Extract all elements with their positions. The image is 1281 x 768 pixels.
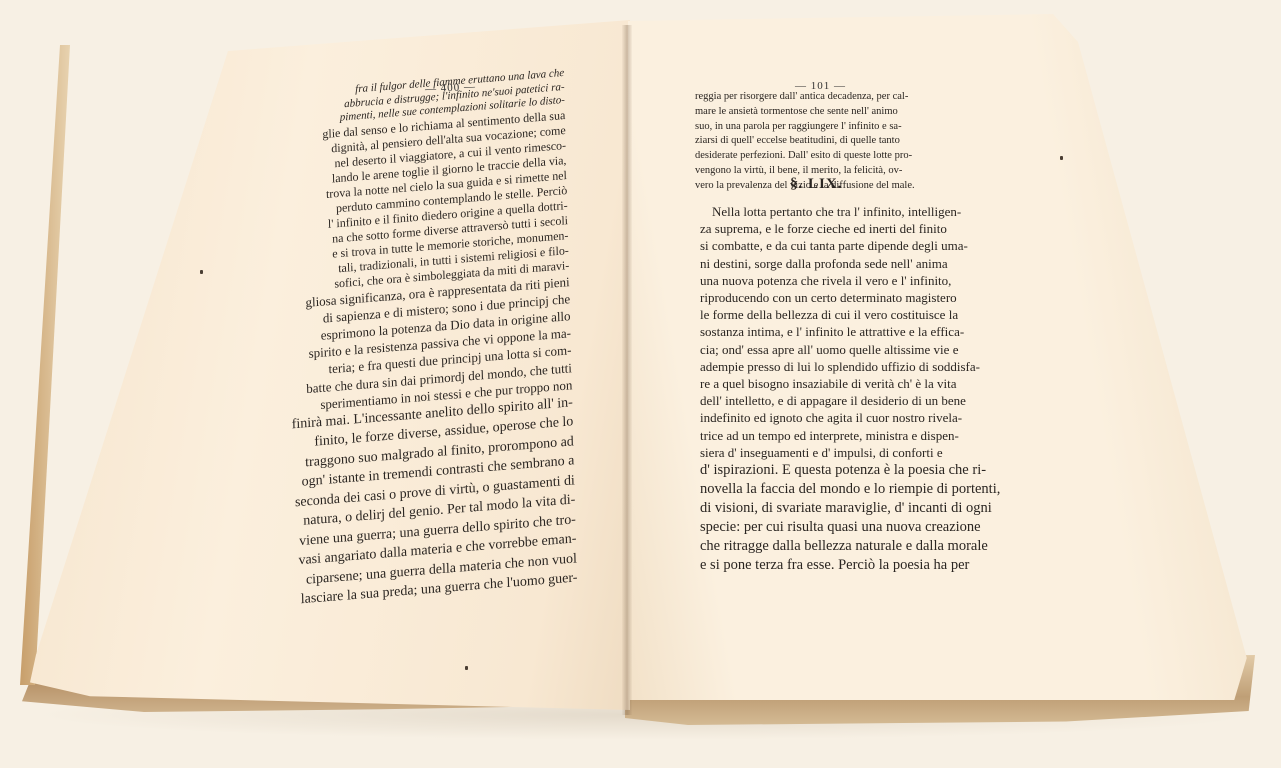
text-line: si combatte, e da cui tanta parte dipend… [700,237,1030,254]
text-line: una nuova potenza che rivela il vero e l… [700,272,1030,289]
text-line: cia; ond' essa apre all' uomo quelle alt… [700,341,1030,358]
text-line: e si pone terza fra esse. Perciò la poes… [700,556,1030,575]
text-line: le forme della bellezza di cui il vero c… [700,306,1030,323]
left-page-text: fra il fulgor delle fiamme eruttano una … [245,67,578,614]
book-gutter [622,25,632,715]
text-line: trice ad un tempo ed interprete, ministr… [700,427,1030,444]
text-line: siera d' inseguamenti e d' impulsi, di c… [700,444,1030,461]
text-line: riproducendo con un certo determinato ma… [700,289,1030,306]
text-line: di visioni, di svariate maraviglie, d' i… [700,499,1030,518]
text-line: d' ispirazioni. E questa potenza è la po… [700,461,1030,480]
text-line: suo, in una parola per raggiungere l' in… [695,120,965,135]
text-line: sostanza intima, e l' infinito le attrat… [700,323,1030,340]
text-line: Nella lotta pertanto che tra l' infinito… [700,203,1030,220]
text-line: specie: per cui risulta quasi una nuova … [700,518,1030,537]
section-heading: §. LIX. [790,176,842,193]
text-line: za suprema, e le forze cieche ed inerti … [700,220,1030,237]
paper-speck [200,270,203,274]
text-line: ni destini, sorge dalla profonda sede ne… [700,255,1030,272]
text-line: desiderate perfezioni. Dall' esito di qu… [695,149,965,164]
text-line: re a quel bisogno insaziabile di verità … [700,375,1030,392]
text-line: adempie presso di lui lo splendido uffiz… [700,358,1030,375]
text-line: ziarsi di quell' eccelse beatitudini, di… [695,134,965,149]
right-page-body-text: Nella lotta pertanto che tra l' infinito… [700,203,1030,575]
text-line: dell' intelletto, e di appagare il desid… [700,392,1030,409]
text-line: indefinito ed ignoto che agita il cuor n… [700,409,1030,426]
paper-speck [1060,156,1063,160]
paper-speck [465,666,468,670]
text-line: novella la faccia del mondo e lo riempie… [700,480,1030,499]
text-line: reggia per risorgere dall' antica decade… [695,90,965,105]
text-line: che ritragge dalla bellezza naturale e d… [700,537,1030,556]
text-line: mare le ansietà tormentose che sente nel… [695,105,965,120]
